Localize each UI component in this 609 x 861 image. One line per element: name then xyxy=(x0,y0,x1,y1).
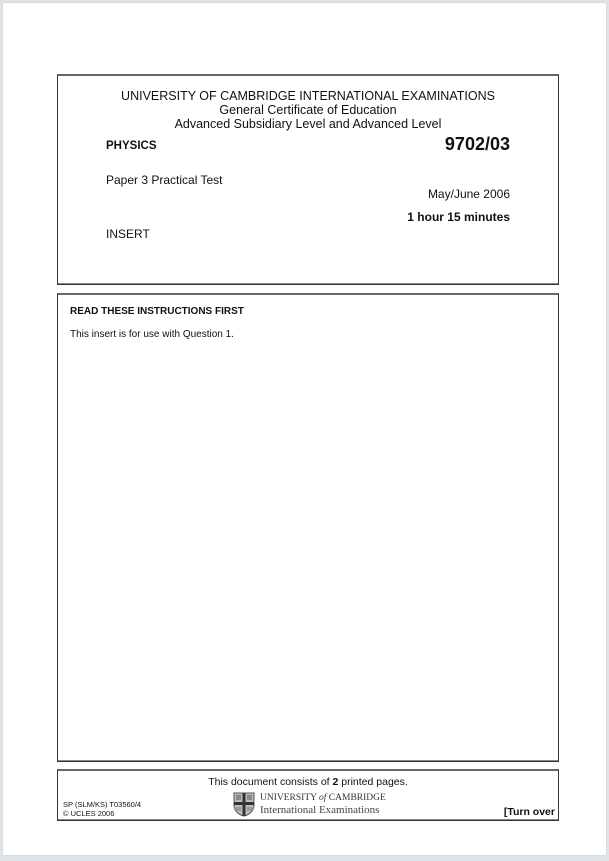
cover-footer-box: This document consists of 2 printed page… xyxy=(57,769,559,821)
shield-crest-icon xyxy=(233,792,255,817)
subject: PHYSICS xyxy=(106,140,157,152)
document-page: UNIVERSITY OF CAMBRIDGE INTERNATIONAL EX… xyxy=(3,3,606,855)
page-count-suffix: printed pages. xyxy=(338,776,407,788)
logo-cambridge: CAMBRIDGE xyxy=(326,793,385,803)
instructions-title: READ THESE INSTRUCTIONS FIRST xyxy=(70,306,244,317)
instructions-box: READ THESE INSTRUCTIONS FIRST This inser… xyxy=(57,293,559,762)
reference-code: SP (SLM/KS) T03560/4 xyxy=(63,800,141,809)
paper-code: 9702/03 xyxy=(445,134,510,155)
document-type: INSERT xyxy=(106,227,150,241)
institution-name: UNIVERSITY OF CAMBRIDGE INTERNATIONAL EX… xyxy=(58,89,558,103)
document-reference: SP (SLM/KS) T03560/4 © UCLES 2006 xyxy=(63,800,141,818)
logo-university: UNIVERSITY xyxy=(260,793,319,803)
qualification: General Certificate of Education xyxy=(58,103,558,117)
exam-session: May/June 2006 xyxy=(428,187,510,201)
page-count-prefix: This document consists of xyxy=(208,776,332,788)
copyright: © UCLES 2006 xyxy=(63,809,141,818)
turn-over-note: [Turn over xyxy=(504,806,555,818)
qualification-level: Advanced Subsidiary Level and Advanced L… xyxy=(58,117,558,131)
page-count-note: This document consists of 2 printed page… xyxy=(58,776,558,788)
logo-line-2: International Examinations xyxy=(260,804,379,816)
instructions-text: This insert is for use with Question 1. xyxy=(70,329,234,340)
cover-header-box: UNIVERSITY OF CAMBRIDGE INTERNATIONAL EX… xyxy=(57,74,559,285)
logo-line-1: UNIVERSITY of CAMBRIDGE xyxy=(260,793,386,803)
paper-title: Paper 3 Practical Test xyxy=(106,173,223,187)
exam-duration: 1 hour 15 minutes xyxy=(407,210,510,224)
